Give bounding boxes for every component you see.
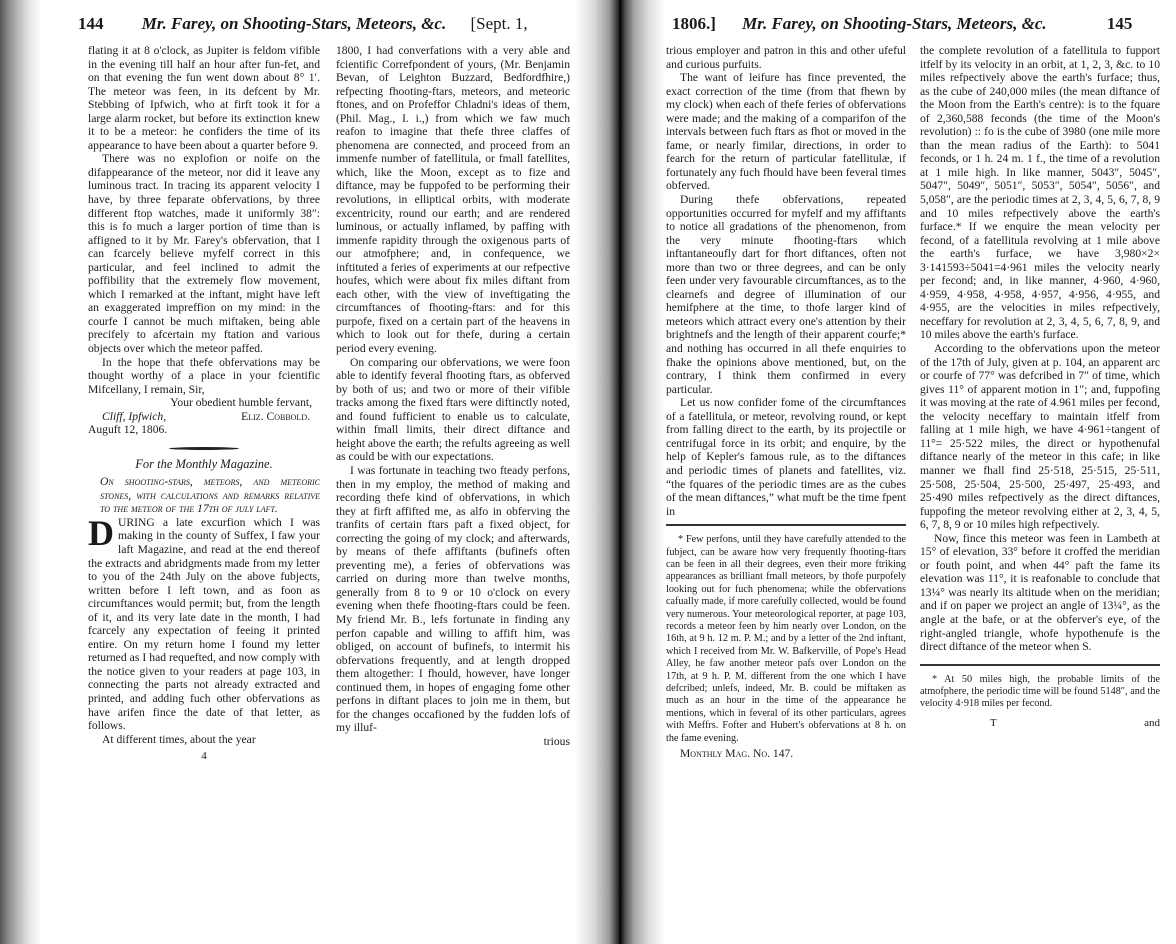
- left-page-column-1: flating it at 8 o'clock, as Jupiter is f…: [88, 44, 320, 764]
- catchword: trious: [336, 735, 570, 749]
- footnote: * Few perfons, until they have carefully…: [666, 534, 906, 745]
- left-running-title: Mr. Farey, on Shooting-Stars, Meteors, &…: [142, 14, 446, 33]
- paragraph: Now, fince this meteor was feen in Lambe…: [920, 532, 1160, 654]
- article-title: On shooting-stars, meteors, and meteoric…: [88, 475, 320, 516]
- left-page-column-2: 1800, I had converfations with a very ab…: [336, 44, 570, 748]
- right-page-header: 1806.] Mr. Farey, on Shooting-Stars, Met…: [672, 14, 1132, 34]
- signature-mark: 4: [88, 750, 320, 764]
- paragraph: flating it at 8 o'clock, as Jupiter is f…: [88, 44, 320, 152]
- paragraph: On comparing our obfervations, we were f…: [336, 356, 570, 464]
- book-page-edge: [0, 0, 42, 944]
- paragraph: There was no explofion or noife on the d…: [88, 152, 320, 355]
- footnote-rule: [920, 664, 1160, 666]
- drop-cap: D: [88, 518, 114, 548]
- paragraph: 1800, I had converfations with a very ab…: [336, 44, 570, 356]
- letter-place-author: Cliff, Ipfwich, Eliz. Cobbold.: [88, 410, 320, 424]
- right-page-column-2: the complete revolution of a fatellitula…: [920, 44, 1160, 730]
- paragraph: In the hope that thefe obfervations may …: [88, 356, 320, 397]
- right-running-title: Mr. Farey, on Shooting-Stars, Meteors, &…: [742, 14, 1046, 33]
- ornamental-rule: [169, 447, 239, 450]
- letter-closing: Your obedient humble fervant,: [88, 396, 320, 410]
- paragraph: trious employer and patron in this and o…: [666, 44, 906, 71]
- signature-line: Monthly Mag. No. 147.: [666, 747, 906, 761]
- book-gutter: [575, 0, 665, 944]
- page-footer-marks: T and: [920, 717, 1160, 731]
- paragraph: According to the obfervations upon the m…: [920, 342, 1160, 532]
- section-label: For the Monthly Magazine.: [88, 458, 320, 472]
- right-page-column-1: trious employer and patron in this and o…: [666, 44, 906, 761]
- footnote: * At 50 miles high, the probable limits …: [920, 674, 1160, 711]
- catchword: and: [1144, 717, 1160, 731]
- right-page-number: 145: [1107, 14, 1133, 33]
- left-page-header: 144 Mr. Farey, on Shooting-Stars, Meteor…: [78, 14, 528, 34]
- letter-author: Eliz. Cobbold.: [241, 410, 320, 424]
- signature-mark: T: [990, 717, 997, 731]
- right-header-date: 1806.]: [672, 14, 716, 33]
- paragraph: I was fortunate in teaching two fteady p…: [336, 464, 570, 735]
- paragraph: At different times, about the year: [88, 733, 320, 747]
- left-header-date: [Sept. 1,: [470, 14, 527, 33]
- letter-date: Auguft 12, 1806.: [88, 423, 320, 437]
- article-first-paragraph: DURING a late excurfion which I was maki…: [88, 516, 320, 733]
- left-page-number: 144: [78, 14, 104, 33]
- paragraph: During thefe obfervations, repeated oppo…: [666, 193, 906, 396]
- letter-place: Cliff, Ipfwich,: [102, 410, 166, 424]
- paragraph: Let us now confider fome of the circumft…: [666, 396, 906, 518]
- paragraph: The want of leifure has fince prevented,…: [666, 71, 906, 193]
- paragraph: the complete revolution of a fatellitula…: [920, 44, 1160, 342]
- footnote-rule: [666, 524, 906, 526]
